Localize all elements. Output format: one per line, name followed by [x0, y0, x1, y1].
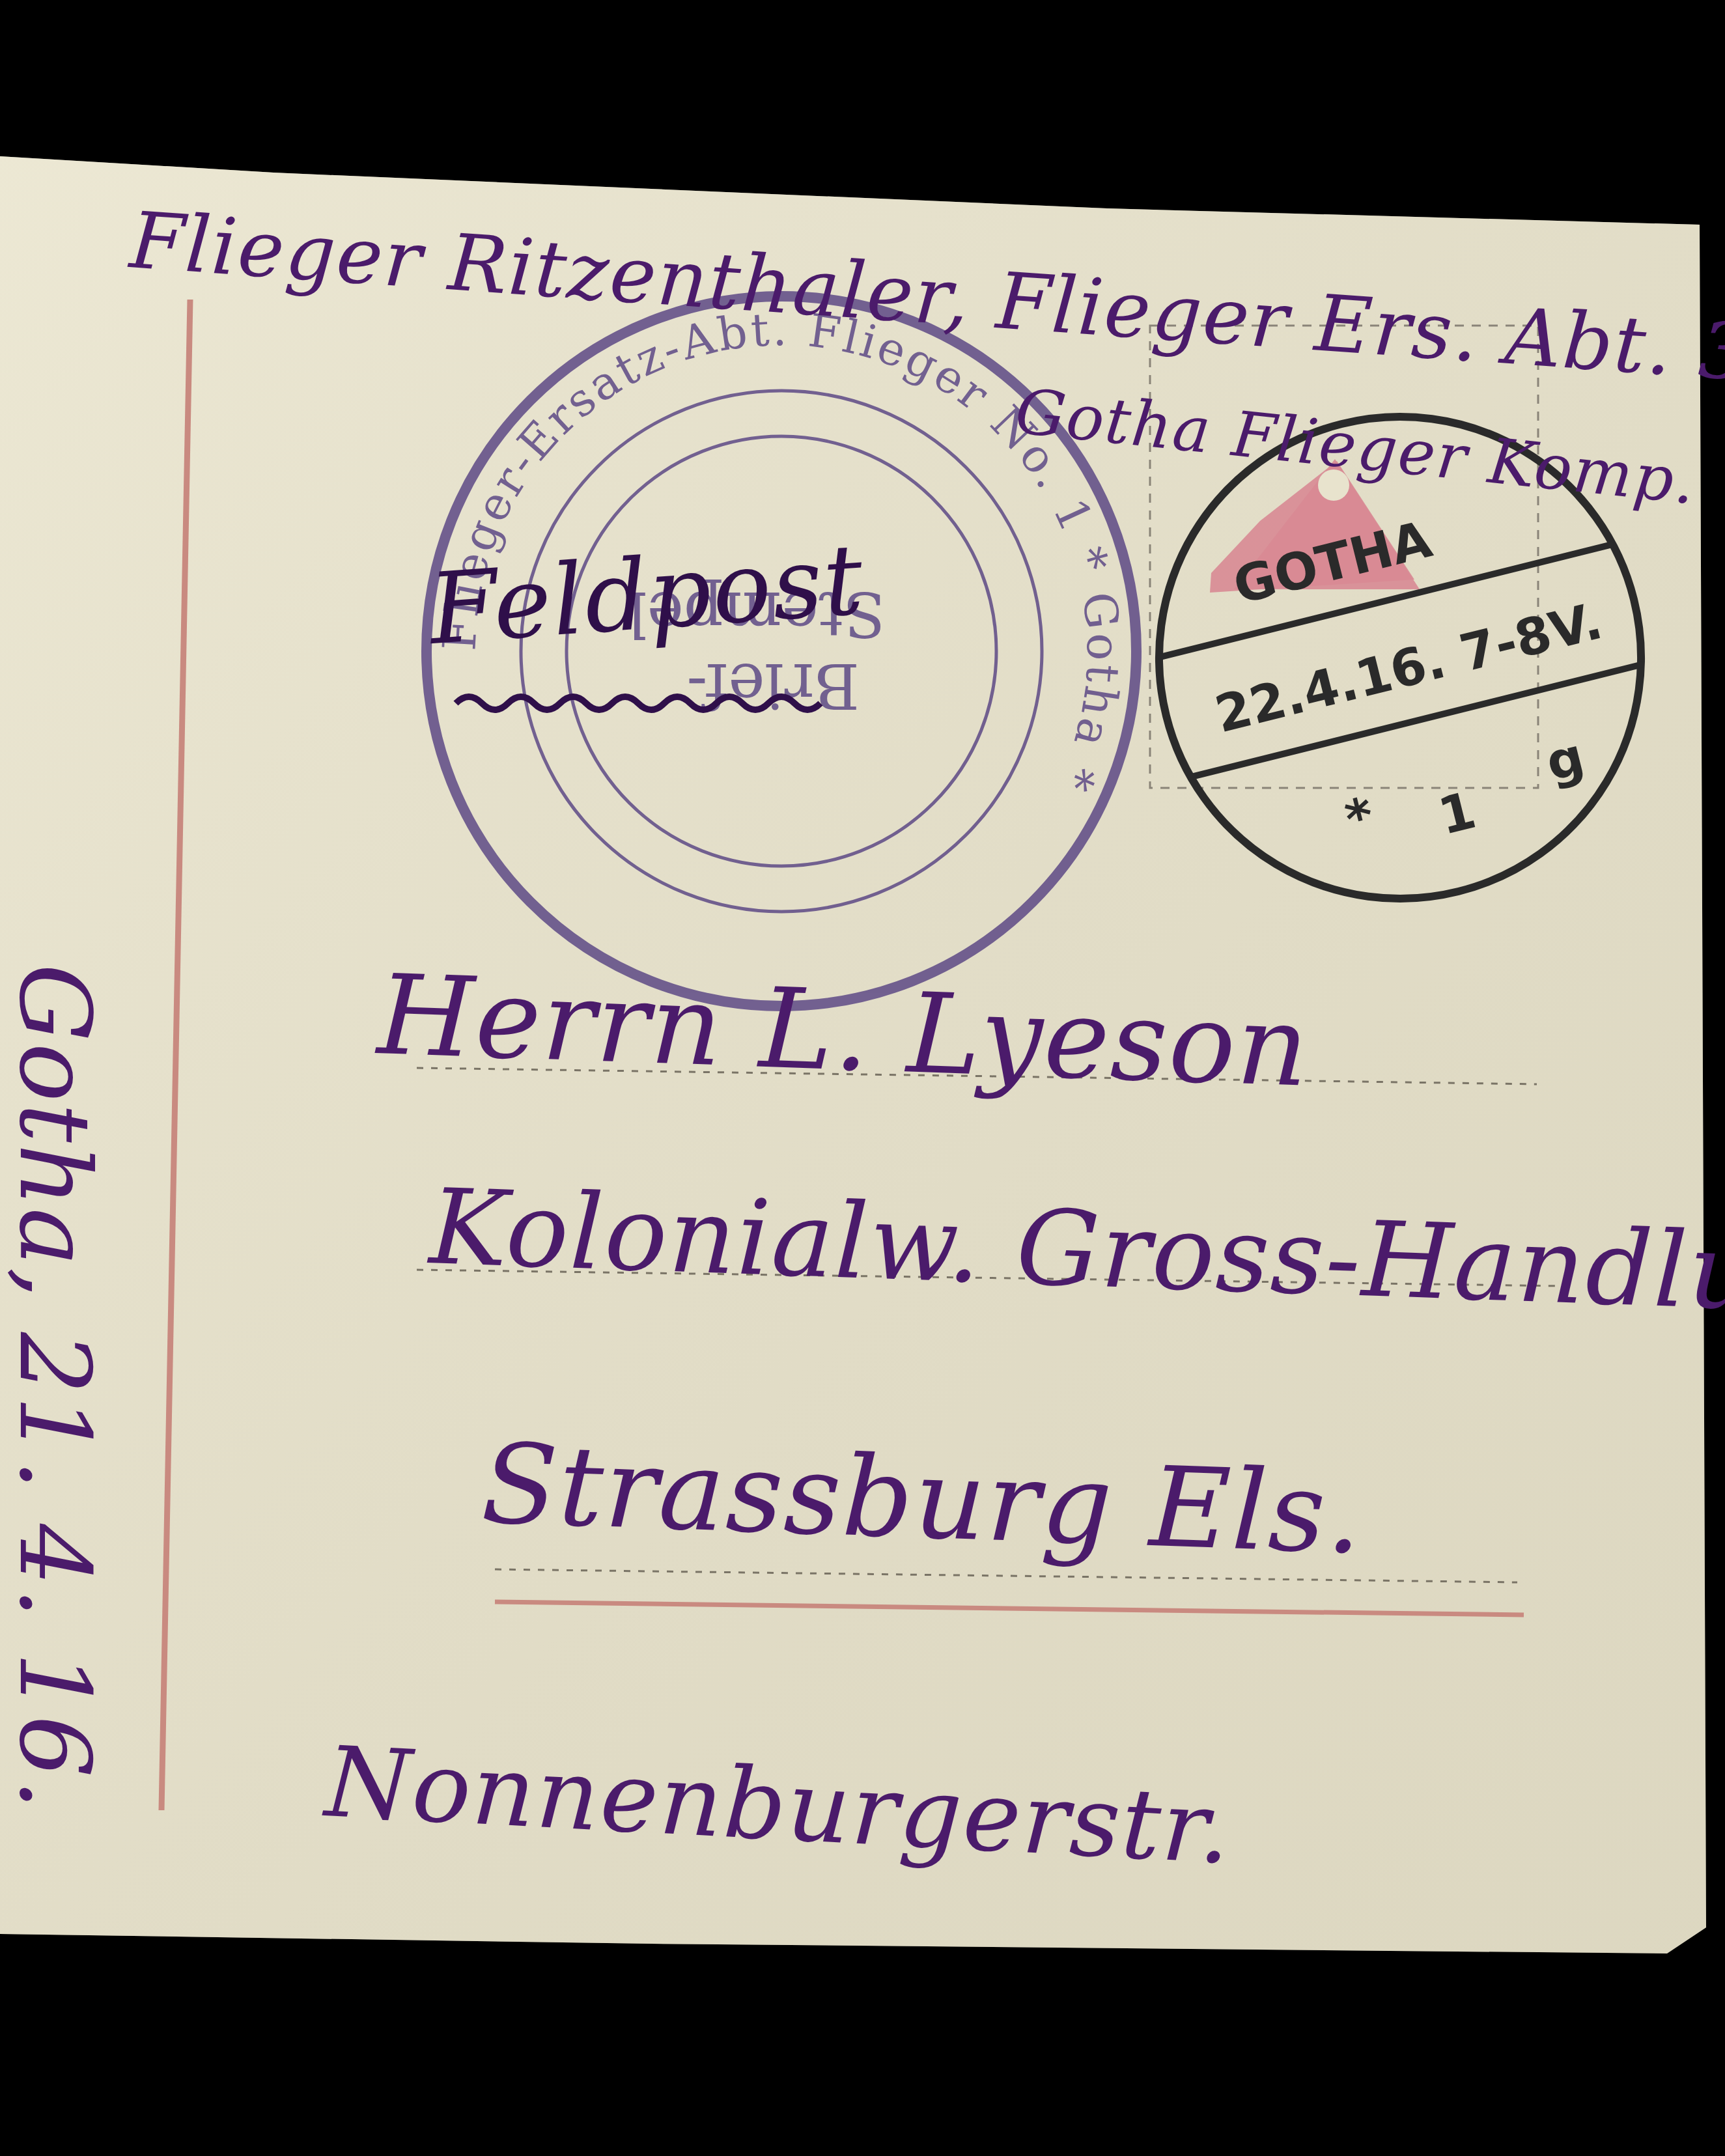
margin-date-note: Gotha, 21. 4. 16.: [0, 964, 111, 1811]
postcard: GOTHA 22.4.16. 7-8V. * 1 g Flieger-Ersat…: [0, 0, 1725, 2156]
